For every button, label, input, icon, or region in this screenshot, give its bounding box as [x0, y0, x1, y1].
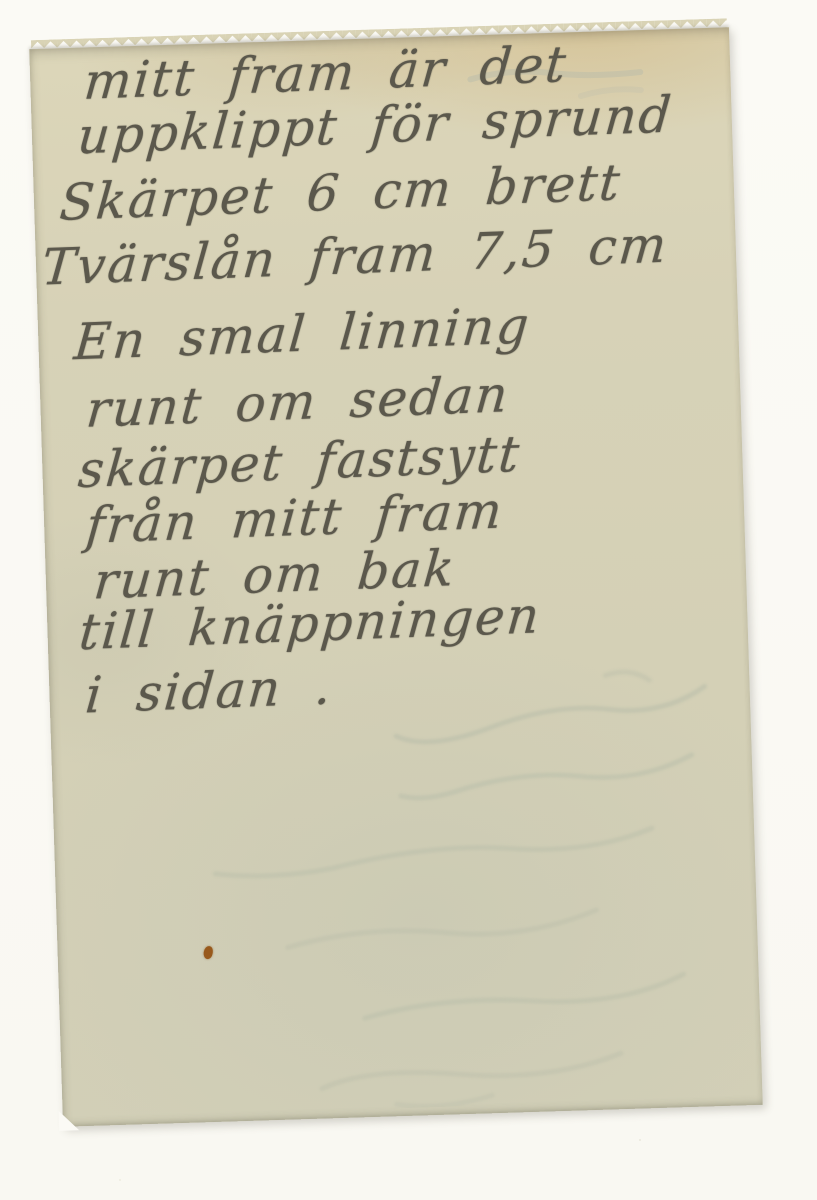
handwriting-line-10: till knäppningen: [77, 590, 543, 658]
scanner-background: mitt fram är det uppklippt för sprund Sk…: [0, 0, 817, 1200]
handwriting-line-6: runt om sedan: [84, 369, 511, 436]
handwriting-block: mitt fram är det uppklippt för sprund Sk…: [29, 27, 763, 1126]
handwriting-line-4: Tvärslån fram 7,5 cm: [40, 220, 671, 294]
handwriting-line-5: En smal linning: [72, 300, 532, 368]
note-paper: mitt fram är det uppklippt för sprund Sk…: [29, 27, 763, 1126]
handwriting-line-3: Skärpet 6 cm brett: [58, 157, 624, 229]
handwriting-line-11: i sidan .: [83, 661, 335, 721]
bottom-left-corner-cut: [59, 1110, 80, 1131]
